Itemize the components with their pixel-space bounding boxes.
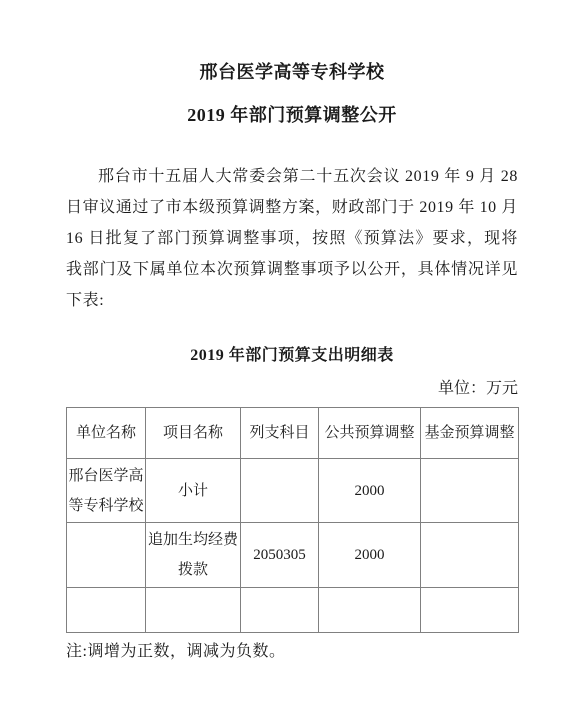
- budget-table: 单位名称 项目名称 列支科目 公共预算调整 基金预算调整 邢台医学高等专科学校 …: [66, 407, 519, 633]
- table-title: 2019 年部门预算支出明细表: [66, 344, 518, 368]
- table-cell: [421, 459, 519, 523]
- table-header-row: 单位名称 项目名称 列支科目 公共预算调整 基金预算调整: [67, 408, 519, 459]
- unit-label: 单位：万元: [66, 378, 518, 400]
- document-page: 邢台医学高等专科学校 2019 年部门预算调整公开 邢台市十五届人大常委会第二十…: [0, 0, 578, 716]
- table-cell: 2000: [319, 459, 421, 523]
- page-title: 邢台医学高等专科学校: [66, 60, 518, 85]
- table-cell: [241, 588, 319, 633]
- table-cell: [319, 588, 421, 633]
- column-header-unit-name: 单位名称: [67, 408, 146, 459]
- table-cell: [421, 523, 519, 588]
- table-cell: 邢台医学高等专科学校: [67, 459, 146, 523]
- table-row: [67, 588, 519, 633]
- column-header-project-name: 项目名称: [146, 408, 241, 459]
- table-cell: [241, 459, 319, 523]
- footnote: 注:调增为正数，调减为负数。: [66, 641, 518, 663]
- column-header-fund-budget-adjustment: 基金预算调整: [421, 408, 519, 459]
- table-cell: [146, 588, 241, 633]
- table-cell: 2000: [319, 523, 421, 588]
- page-subtitle: 2019 年部门预算调整公开: [66, 103, 518, 128]
- table-cell: [421, 588, 519, 633]
- column-header-public-budget-adjustment: 公共预算调整: [319, 408, 421, 459]
- table-cell: 追加生均经费拨款: [146, 523, 241, 588]
- table-cell: [67, 523, 146, 588]
- column-header-expense-subject: 列支科目: [241, 408, 319, 459]
- table-row: 邢台医学高等专科学校 小计 2000: [67, 459, 519, 523]
- intro-paragraph: 邢台市十五届人大常委会第二十五次会议 2019 年 9 月 28 日审议通过了市…: [66, 161, 518, 316]
- table-row: 追加生均经费拨款 2050305 2000: [67, 523, 519, 588]
- table-cell: 小计: [146, 459, 241, 523]
- table-cell: [67, 588, 146, 633]
- table-cell: 2050305: [241, 523, 319, 588]
